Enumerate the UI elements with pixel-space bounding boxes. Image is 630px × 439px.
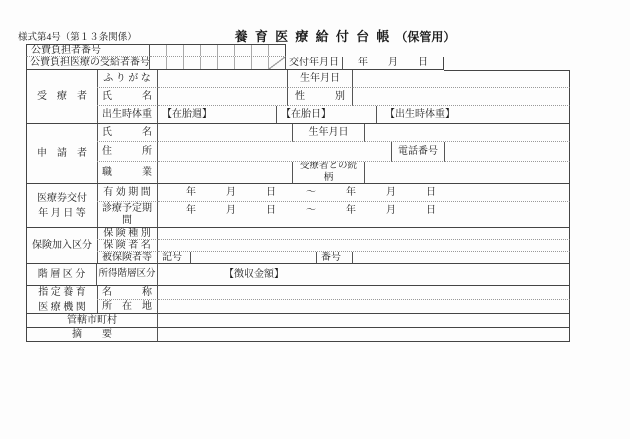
insurer-name-label: 保 険 者 名 bbox=[97, 240, 158, 252]
form-title: 養 育 医 療 給 付 台 帳（保管用） bbox=[190, 26, 500, 45]
applicant-address-value bbox=[158, 142, 392, 162]
applicant-birthdate-value bbox=[365, 124, 570, 142]
recipient-name-label: 氏 名 bbox=[97, 88, 158, 106]
insurer-name-value bbox=[158, 240, 570, 252]
digit-box bbox=[201, 57, 218, 69]
form-title-main: 養 育 医 療 給 付 台 帳 bbox=[235, 26, 392, 45]
insurance-type-row: 保 険 種 別 bbox=[97, 228, 570, 240]
insurance-type-label: 保 険 種 別 bbox=[97, 228, 158, 240]
planned-period-row: 診療予定期 間 年 月 日 ～ 年 月 日 bbox=[97, 202, 570, 228]
recipient-name-value bbox=[158, 88, 288, 106]
number-value bbox=[353, 252, 570, 264]
insurance-type-value bbox=[158, 228, 570, 240]
tier-section-label: 階 層 区 分 bbox=[26, 264, 97, 286]
section-medical-ticket: 医療券交付 年 月 日 等 bbox=[26, 184, 98, 228]
municipality-value bbox=[158, 314, 570, 328]
applicant-name-row: 氏 名 生年月日 bbox=[97, 124, 570, 142]
digit-box-slashed bbox=[269, 57, 285, 69]
digit-box bbox=[235, 57, 252, 69]
payer-number-label: 公費負担者番号 bbox=[26, 44, 150, 57]
digit-box bbox=[167, 57, 184, 69]
symbol-value bbox=[191, 252, 317, 264]
gestation-days-cell: 【在胎日】 bbox=[277, 106, 377, 124]
issue-date-value: 年 月 日 bbox=[343, 57, 444, 70]
form-number: 様式第4号（第１３条関係） bbox=[18, 29, 137, 43]
phone-value bbox=[445, 142, 570, 162]
phone-label: 電話番号 bbox=[392, 142, 445, 162]
applicant-job-row: 職 業 受療者との続 柄 bbox=[97, 162, 570, 184]
insured-person-label: 被保険者等 bbox=[97, 252, 158, 264]
recipient-number-label: 公費負担医療の受給者番号 bbox=[26, 57, 150, 70]
section-recipient: 受 療 者 bbox=[26, 70, 98, 124]
insured-person-row: 被保険者等 記号 番号 bbox=[97, 252, 570, 264]
relation-label: 受療者との続 柄 bbox=[293, 162, 365, 184]
valid-period-label: 有 効 期 間 bbox=[97, 184, 158, 202]
insurer-name-row: 保 険 者 名 bbox=[97, 240, 570, 252]
birth-weight-label: 出生時体重 bbox=[97, 106, 158, 124]
digit-box bbox=[218, 57, 235, 69]
valid-period-row: 有 効 期 間 年 月 日 ～ 年 月 日 bbox=[97, 184, 570, 202]
applicant-job-value bbox=[158, 162, 293, 184]
applicant-name-label: 氏 名 bbox=[97, 124, 158, 142]
relation-value bbox=[365, 162, 570, 184]
digit-box bbox=[184, 57, 201, 69]
digit-box bbox=[184, 45, 201, 56]
digit-box bbox=[150, 45, 167, 56]
payer-number-digit-boxes bbox=[150, 44, 286, 57]
digit-box bbox=[235, 45, 252, 56]
applicant-address-label: 住 所 bbox=[97, 142, 158, 162]
facility-address-value bbox=[158, 300, 570, 314]
municipality-row: 管轄市町村 bbox=[26, 314, 570, 328]
form-page: 様式第4号（第１３条関係） 養 育 医 療 給 付 台 帳（保管用） 公費負担者… bbox=[0, 0, 630, 439]
applicant-birthdate-label: 生年月日 bbox=[293, 124, 365, 142]
issue-date-label: 交付年月日 bbox=[286, 57, 343, 70]
tier-row: 階 層 区 分 所得階層区分 【徴収金額】 bbox=[26, 264, 570, 286]
recipient-name-row: 氏 名 性 別 bbox=[97, 88, 570, 106]
recipient-number-row: 公費負担医療の受給者番号 交付年月日 年 月 日 bbox=[26, 57, 444, 70]
facility-name-label: 名 称 bbox=[97, 286, 158, 300]
digit-box bbox=[218, 45, 235, 56]
section-facility: 指 定 養 育 医 療 機 関 bbox=[26, 286, 98, 314]
planned-period-label: 診療予定期 間 bbox=[97, 202, 158, 228]
facility-name-value bbox=[158, 286, 570, 300]
digit-box bbox=[252, 57, 269, 69]
collection-amount-cell: 【徴収金額】 bbox=[158, 264, 570, 286]
gestation-weeks-cell: 【在胎週】 bbox=[158, 106, 277, 124]
municipality-label: 管轄市町村 bbox=[26, 314, 158, 328]
digit-box bbox=[269, 45, 285, 56]
remarks-value bbox=[158, 328, 570, 342]
recipient-furigana-row: ふ り が な 生年月日 bbox=[97, 70, 570, 88]
furigana-label: ふ り が な bbox=[97, 70, 158, 88]
recipient-number-digit-boxes bbox=[150, 57, 286, 70]
planned-period-value: 年 月 日 ～ 年 月 日 bbox=[158, 202, 570, 228]
remarks-row: 摘 要 bbox=[26, 328, 570, 342]
sex-value bbox=[353, 88, 570, 106]
section-insurance: 保険加入区分 bbox=[26, 228, 98, 264]
form-title-suffix: （保管用） bbox=[395, 28, 455, 45]
furigana-value bbox=[158, 70, 288, 88]
digit-box bbox=[201, 45, 218, 56]
symbol-label: 記号 bbox=[158, 252, 191, 264]
payer-number-row: 公費負担者番号 bbox=[26, 44, 286, 57]
recipient-birthdate-label: 生年月日 bbox=[288, 70, 353, 88]
facility-address-row: 所 在 地 bbox=[97, 300, 570, 314]
recipient-birthdate-value bbox=[353, 70, 570, 88]
digit-box bbox=[167, 45, 184, 56]
applicant-name-value bbox=[158, 124, 293, 142]
digit-box bbox=[150, 57, 167, 69]
facility-address-label: 所 在 地 bbox=[97, 300, 158, 314]
section-applicant: 申 請 者 bbox=[26, 124, 98, 184]
applicant-address-row: 住 所 電話番号 bbox=[97, 142, 570, 162]
number-label: 番号 bbox=[317, 252, 353, 264]
income-tier-label: 所得階層区分 bbox=[97, 264, 158, 286]
remarks-label: 摘 要 bbox=[26, 328, 158, 342]
birth-weight-row: 出生時体重 【在胎週】 【在胎日】 【出生時体重】 bbox=[97, 106, 570, 124]
applicant-job-label: 職 業 bbox=[97, 162, 158, 184]
birth-weight-cell: 【出生時体重】 bbox=[377, 106, 570, 124]
sex-label: 性 別 bbox=[288, 88, 353, 106]
digit-box bbox=[252, 45, 269, 56]
valid-period-value: 年 月 日 ～ 年 月 日 bbox=[158, 184, 570, 202]
facility-name-row: 名 称 bbox=[97, 286, 570, 300]
